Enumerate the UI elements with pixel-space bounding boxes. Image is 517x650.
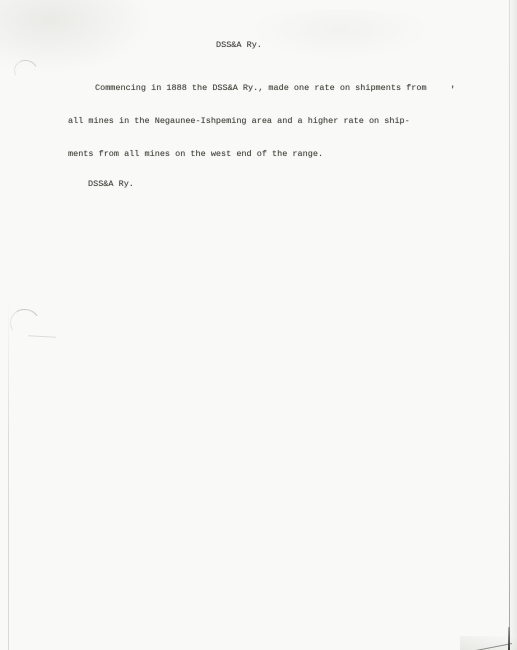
body-paragraph: Commencing in 1888 the DSS&A Ry., made o… — [68, 61, 443, 182]
bottom-corner-edge-line — [508, 627, 510, 650]
page-heading: DSS&A Ry. — [216, 40, 262, 51]
right-page-edge — [509, 0, 510, 650]
scanned-page: DSS&A Ry. Commencing in 1888 the DSS&A R… — [0, 0, 517, 650]
scan-smudge-top-right — [250, 10, 430, 60]
hole-punch-mark-upper — [11, 57, 41, 85]
left-page-edge — [8, 300, 9, 650]
hole-punch-mark-lower-tail — [28, 335, 56, 337]
paragraph-line-1: Commencing in 1888 the DSS&A Ry., made o… — [68, 83, 443, 94]
margin-label: DSS&A Ry. — [88, 179, 134, 190]
paragraph-line-3: ments from all mines on the west end of … — [68, 149, 443, 160]
paragraph-line-2: all mines in the Negaunee-Ishpeming area… — [68, 116, 443, 127]
stray-type-mark: ' — [450, 85, 455, 96]
